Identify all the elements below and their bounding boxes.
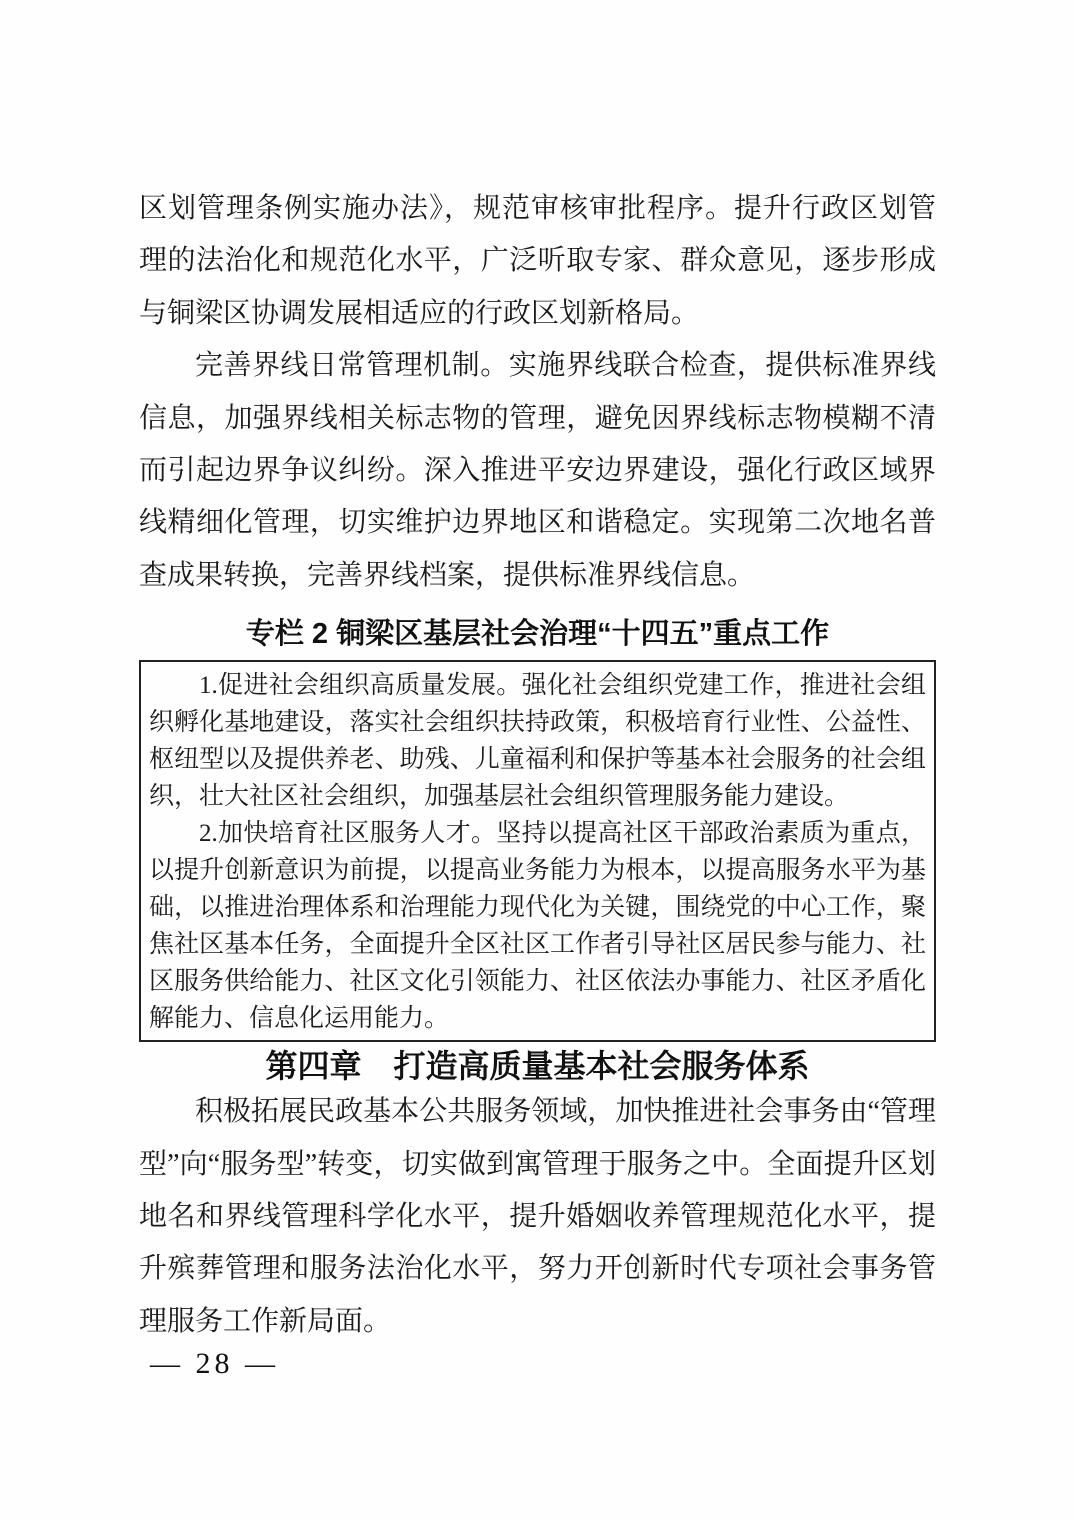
paragraph-boundary-management: 完善界线日常管理机制。实施界线联合检查，提供标准界线信息，加强界线相关标志物的管… [139, 340, 936, 602]
box-title: 专栏 2 铜梁区基层社会治理“十四五”重点工作 [139, 615, 936, 653]
page-number: — 28 — [150, 1347, 279, 1381]
highlight-box: 1.促进社会组织高质量发展。强化社会组织党建工作，推进社会组织孵化基地建设，落实… [139, 660, 936, 1042]
chapter-title: 第四章 打造高质量基本社会服务体系 [139, 1046, 936, 1086]
box-item-2: 2.加快培育社区服务人才。坚持以提高社区干部政治素质为重点，以提升创新意识为前提… [149, 815, 926, 1037]
paragraph-continuation: 区划管理条例实施办法》，规范审核审批程序。提升行政区划管理的法治化和规范化水平，… [139, 183, 936, 340]
document-page: 区划管理条例实施办法》，规范审核审批程序。提升行政区划管理的法治化和规范化水平，… [0, 0, 1074, 1520]
paragraph-chapter-intro: 积极拓展民政基本公共服务领域，加快推进社会事务由“管理型”向“服务型”转变，切实… [139, 1086, 936, 1348]
box-item-1: 1.促进社会组织高质量发展。强化社会组织党建工作，推进社会组织孵化基地建设，落实… [149, 667, 926, 815]
document-content: 区划管理条例实施办法》，规范审核审批程序。提升行政区划管理的法治化和规范化水平，… [139, 183, 936, 1348]
